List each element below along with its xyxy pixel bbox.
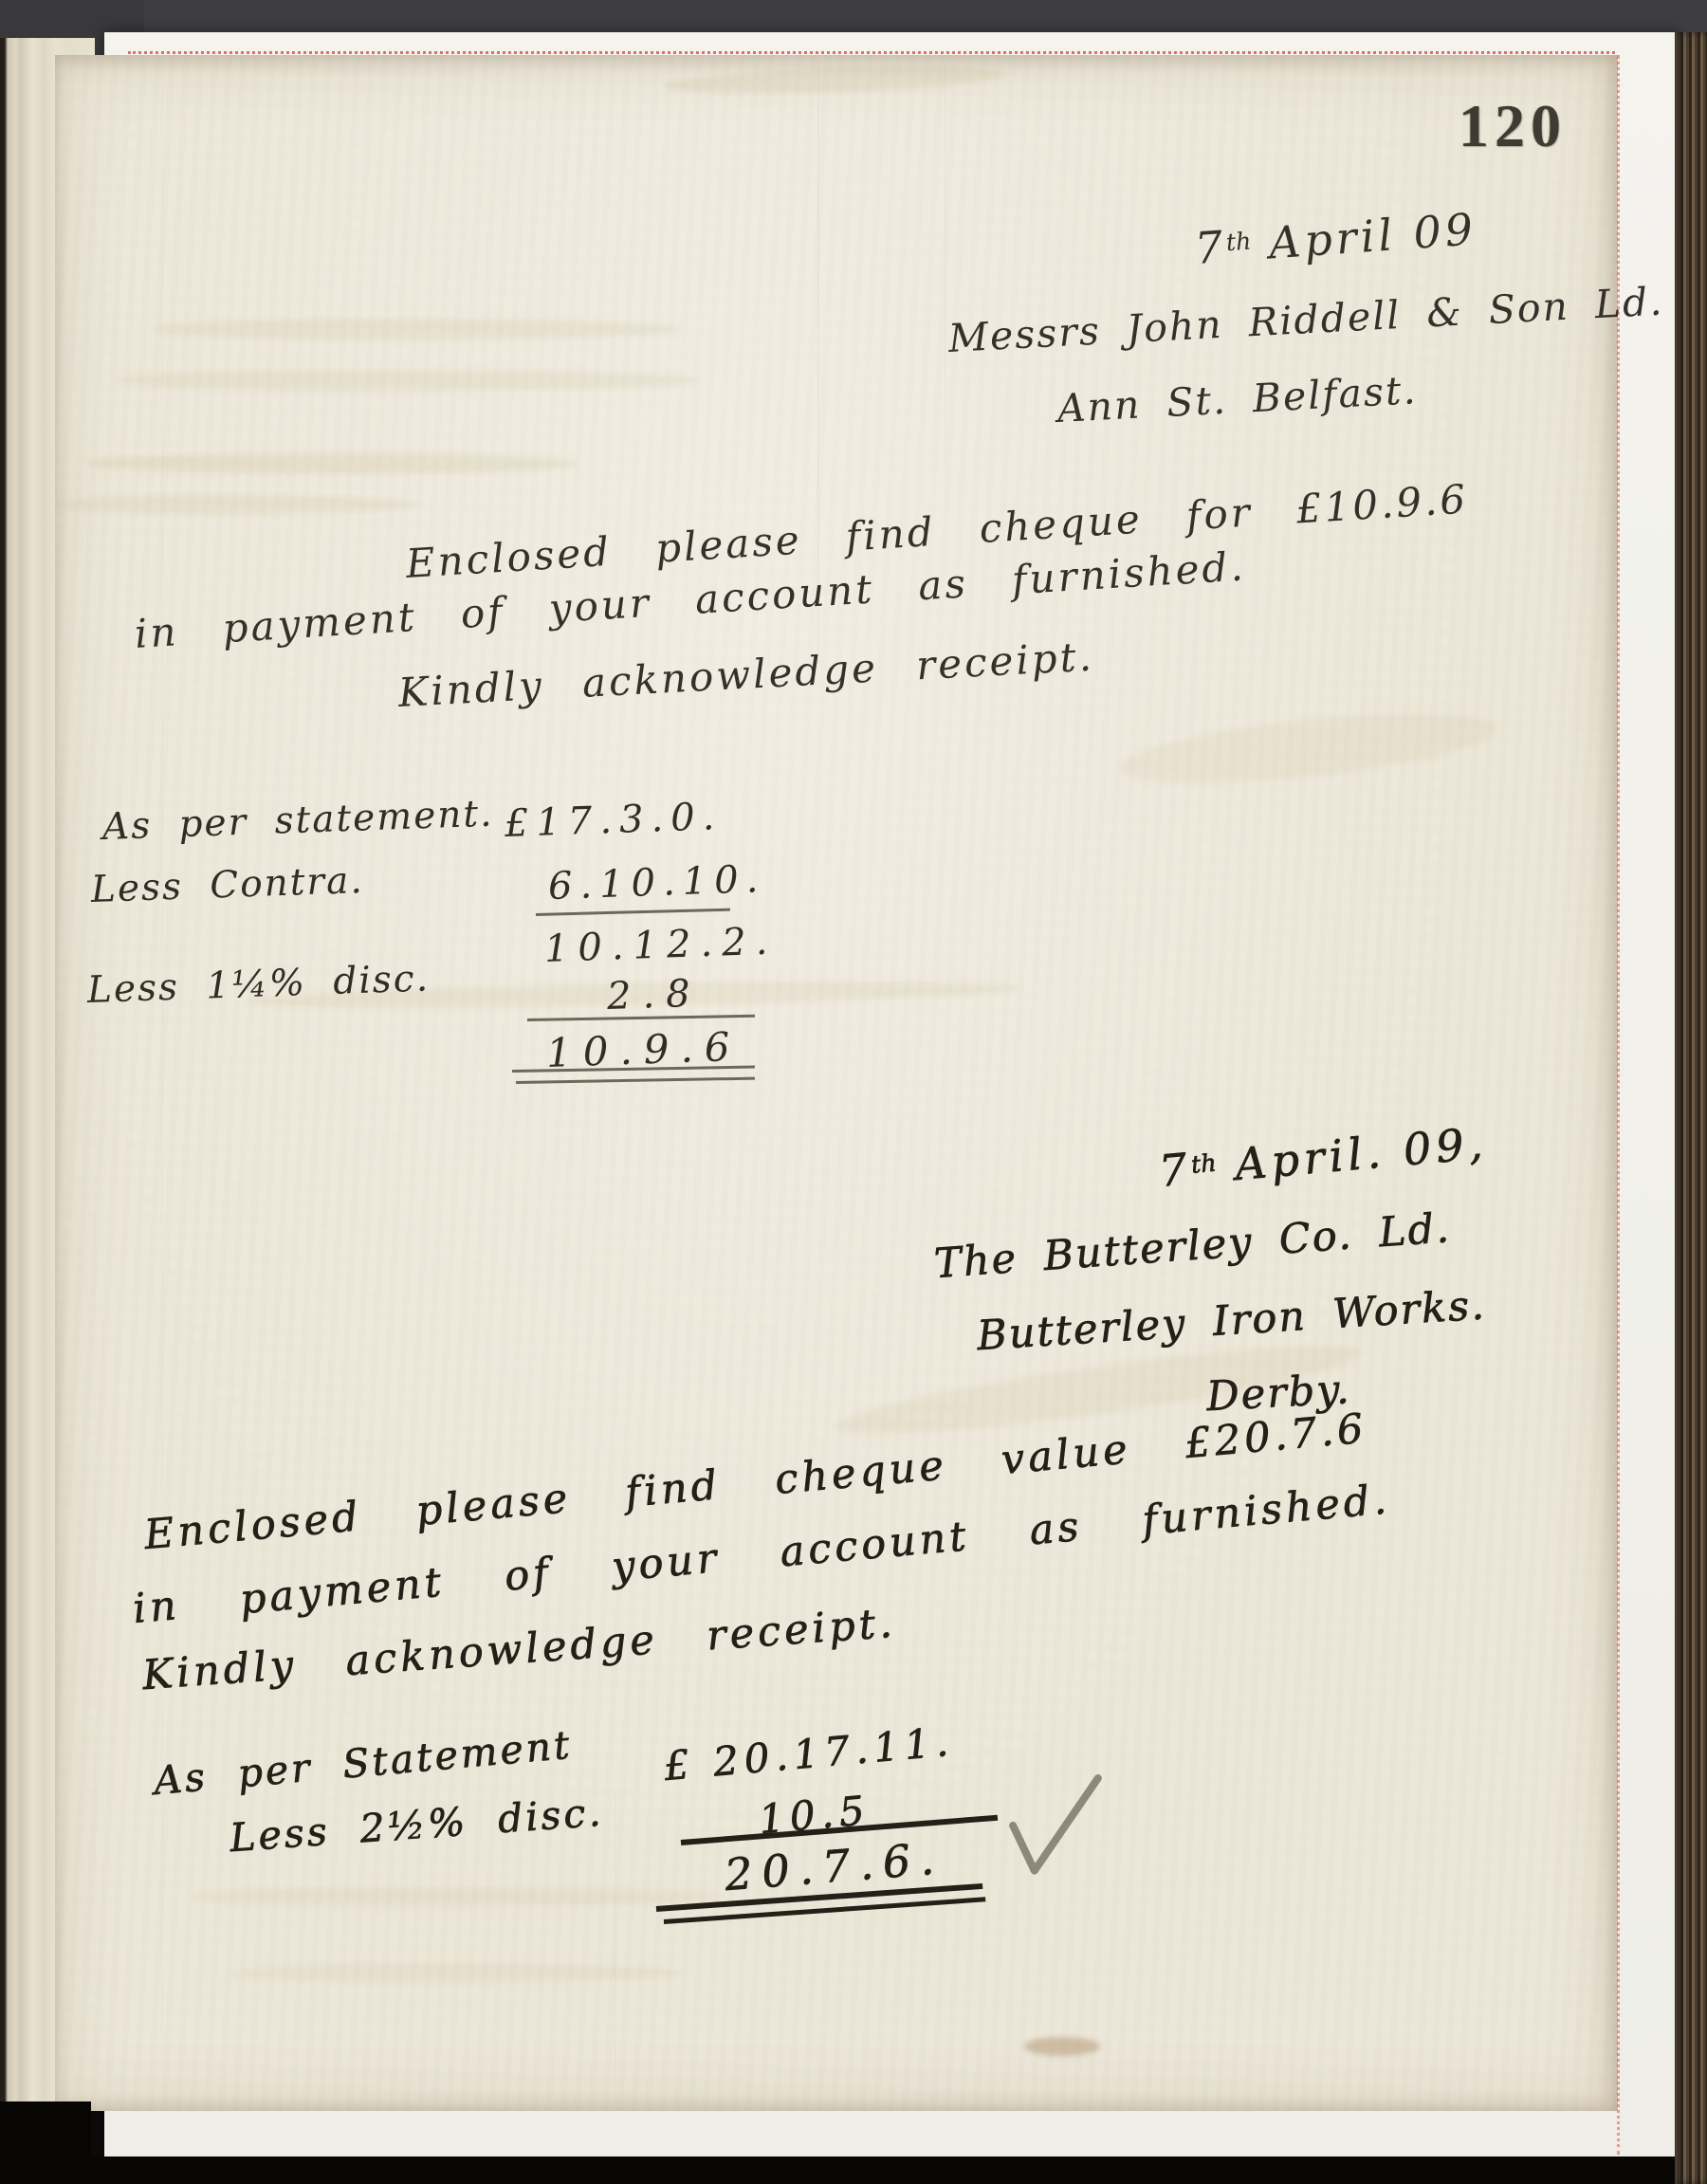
bottom-shadow-band xyxy=(0,2156,1675,2184)
pencil-tick-mark xyxy=(1003,1767,1106,1891)
letter1-account-amount: £17.3.0. xyxy=(504,795,723,846)
letter2-date-suffix: th xyxy=(1190,1148,1218,1178)
scanned-letterbook-page: 120 7th April 09 Messrs John Riddell & S… xyxy=(0,0,1707,2184)
page-number-stamp: 120 xyxy=(1459,91,1567,161)
letter1-account-amount: 10.12.2. xyxy=(543,919,778,971)
bleed-smudge xyxy=(152,319,683,340)
bottom-left-shadow-corner xyxy=(0,2101,91,2184)
bleed-smudge xyxy=(85,453,578,474)
book-fore-edge xyxy=(1675,32,1707,2184)
letter1-account-amount: 2.8 xyxy=(606,972,702,1019)
letter1-account-amount: 6.10.10. xyxy=(547,857,766,908)
paper-crease xyxy=(615,1792,616,2105)
bleed-smudge xyxy=(114,370,702,391)
bleed-smudge xyxy=(228,1963,683,1982)
bleed-smudge xyxy=(190,1887,721,1906)
letter1-date-day: 7 xyxy=(1193,221,1228,274)
letter2-date-day: 7 xyxy=(1157,1143,1194,1197)
stain xyxy=(1024,2037,1100,2056)
paper-crease xyxy=(945,57,946,465)
letter1-date-suffix: th xyxy=(1225,228,1252,257)
red-margin-line-top xyxy=(128,51,1615,54)
red-margin-line-right xyxy=(1617,55,1620,2155)
bleed-smudge xyxy=(57,495,417,514)
